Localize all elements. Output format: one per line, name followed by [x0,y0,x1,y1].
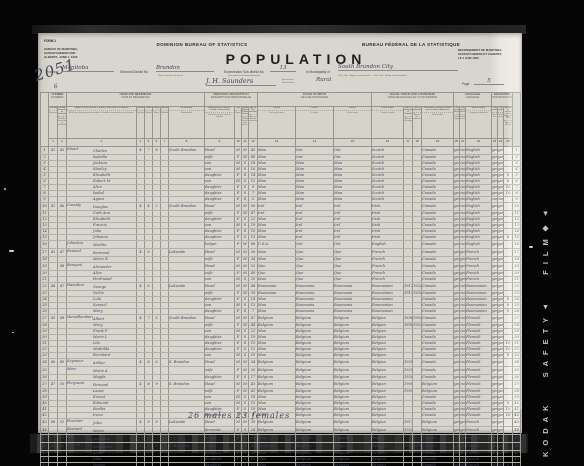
table-cell: no [460,353,466,359]
table-cell [161,419,169,427]
table-cell [413,367,422,375]
row-number-header [513,93,521,147]
table-cell [413,435,422,443]
table-cell [49,463,58,466]
table-cell: Man [258,435,296,443]
table-cell [49,241,58,249]
table-cell [413,241,422,249]
table-cell: FournierJules [67,419,137,427]
table-cell: 1920 [404,367,413,375]
table-cell [504,367,513,375]
table-cell: Belgian [372,381,404,389]
table-cell: yes [492,223,498,229]
table-cell: 45 [58,147,67,155]
table-cell: yes [454,257,460,263]
table-cell [58,367,67,375]
table-cell: 68 [249,241,258,249]
table-row: 16JohnstonMarthalodgerFW68U.S.A.OntOntEn… [41,241,521,249]
table-cell: yes [492,257,498,263]
table-cell: Canada [422,283,454,291]
table-cell [413,147,422,155]
table-cell: yes [454,167,460,173]
table-cell: 1921 [413,283,422,291]
table-cell: M [235,381,242,389]
table-cell: 46 [58,203,67,211]
film-scratch [9,250,14,252]
table-cell: 4 [137,203,145,211]
table-cell [153,263,161,271]
table-cell: Canada [422,435,454,443]
table-cell: 35 [513,367,521,375]
column-number: 19 [422,139,454,147]
census-document-page: FORM 1 CENSUS OF MANITOBA, SASKATCHEWAN … [38,33,522,433]
table-cell: yes [454,229,460,235]
table-cell: Canada [422,241,454,249]
table-cell: yes [498,167,504,173]
table-cell: Belgian [372,359,404,367]
table-cell: 48 [49,419,58,427]
table-cell: S. Brandon [169,359,205,367]
table-cell: Belgian [372,315,404,323]
column-number: 14 [296,139,334,147]
table-cell: yes [498,173,504,179]
table-cell: yes [492,235,498,241]
table-cell: 47 [58,249,67,257]
table-row: 35MarrMarie AwifeFM50BelgiumBelgiumBelgi… [41,367,521,375]
table-cell: yes [454,407,460,413]
table-cell: yes [460,271,466,277]
table-cell: Roumania [334,283,372,291]
table-cell: Jeanne [67,463,137,466]
table-cell: Belgium [296,443,334,451]
table-cell: S. Brandon [169,381,205,389]
table-cell: Head [205,147,235,155]
table-cell: M [242,359,249,367]
table-cell: BarnardMarie [67,427,137,435]
table-cell: yes [498,161,504,167]
column-number: 18 [413,139,422,147]
table-cell [161,283,169,291]
table-cell: yes [498,277,504,283]
table-cell: 1898 [404,315,413,323]
table-cell: Belgium [422,419,454,427]
table-row: 464953ChenetAntoinette478S. BrandonHeadF… [41,443,521,451]
table-cell [169,427,205,435]
table-cell: Head [205,283,235,291]
column-number: 22 [466,139,492,147]
table-cell: 1913 [404,419,413,427]
table-cell: French [466,463,492,466]
table-cell: Roumanian [372,283,404,291]
table-cell: no [460,235,466,241]
table-cell [145,263,153,271]
table-cell: no [460,223,466,229]
film-scratch [12,332,14,333]
table-cell: 50 [249,367,258,375]
table-cell: 1921 [413,291,422,297]
table-cell [161,435,169,443]
table-cell [137,427,145,435]
table-cell [413,463,422,466]
column-number: 25 [504,139,513,147]
column-header: DwellingDemeure [49,107,58,139]
table-cell: 8 [145,359,153,367]
table-cell: wife [205,367,235,375]
table-cell: yes [492,277,498,283]
table-cell: English [466,435,492,443]
column-header: PersonDe la personne [258,107,296,139]
table-cell: Belgium [334,367,372,375]
table-cell: 45 [513,435,521,443]
table-cell: 45 [49,315,58,323]
table-cell: Belgium [296,359,334,367]
table-cell: FergusonFernand [67,381,137,389]
table-cell: Lakeside [169,283,205,291]
table-cell: French [466,249,492,257]
table-cell: 4 [137,147,145,155]
table-cell: South Brandon [169,315,205,323]
table-cell: Irel [334,203,372,211]
table-cell: M [242,367,249,375]
table-cell: yes [454,375,460,381]
table-cell: Que [296,263,334,271]
table-cell: W [242,241,249,249]
table-cell: yes [492,309,498,315]
table-cell: Flemish [466,359,492,367]
province-label: Province [46,70,58,74]
table-cell: Man [258,147,296,155]
table-cell [161,359,169,367]
table-cell: M [242,381,249,389]
column-group-header: LANGUAGELANGAGE [454,93,492,107]
table-cell: yes [498,395,504,401]
table-cell [161,249,169,257]
table-cell: CassidyDouglas [67,203,137,211]
table-cell: 17 [513,249,521,257]
table-cell: VanvalkenburgAlbert [67,315,137,323]
table-cell: 52 [249,263,258,271]
table-cell: 1903 [413,323,422,329]
table-cell: yes [460,451,466,457]
table-cell: Belgium [258,381,296,389]
table-cell: yes [454,291,460,297]
table-cell [169,435,205,443]
table-cell: French [372,263,404,271]
table-cell: yes [498,235,504,241]
table-cell: yes [454,185,460,191]
table-cell: 49 [49,443,58,451]
column-number: 16 [372,139,404,147]
table-cell: yes [498,401,504,407]
table-cell: Belgium [296,463,334,466]
table-cell: yes [492,155,498,161]
table-cell: yes [498,407,504,413]
table-cell: yes [454,223,460,229]
page-label: Page [462,82,469,86]
table-cell: 45 [249,147,258,155]
table-cell: yes [492,191,498,197]
table-row: 374750FergusonFernand489S. BrandonHeadMM… [41,381,521,389]
table-cell: yes [454,155,460,161]
municipality-sublabel: (Cité, ville, village ou municipalité — … [338,75,468,77]
table-cell: Canada [422,443,454,451]
table-cell: 49 [41,463,49,466]
table-cell: yes [454,335,460,341]
table-cell: 5 [153,315,161,323]
table-cell: 8 [153,443,161,451]
table-cell: 7 [145,443,153,451]
table-cell: no [460,291,466,297]
table-cell: no [460,191,466,197]
subdistrict-label: Enumeration Sub-district No. [224,70,265,74]
table-row: 49JeannedaughterFS13ManBelgiumBelgiumBel… [41,463,521,466]
column-number: 6 [153,139,161,147]
table-cell: yes [460,457,466,463]
table-cell: yes [498,375,504,381]
column-header: RangeRang [153,107,161,139]
district-value: Brandon [156,65,214,72]
table-cell: M [235,203,242,211]
table-cell: 44 [513,427,521,435]
table-cell: Belgium [258,443,296,451]
table-cell: Roumanian [466,283,492,291]
table-cell: French [466,263,492,271]
column-number: 3 [67,139,137,147]
table-cell: no [460,389,466,395]
table-cell: yes [454,297,460,303]
table-cell: Belgium [296,367,334,375]
table-cell: S. Brandon [169,443,205,451]
column-header: Racial originOrigine raciale [372,107,404,139]
table-cell: yes [498,191,504,197]
table-cell: lodger [205,435,235,443]
table-cell: 54 [249,359,258,367]
table-cell: yes [492,185,498,191]
table-row: 174347RenaudBertrand46LakesideHeadMM36Ma… [41,249,521,257]
table-cell [161,443,169,451]
table-cell: Belgium [334,315,372,323]
table-cell: Belgium [334,463,372,466]
table-cell: 9 [504,463,513,466]
table-cell: English [466,147,492,155]
table-cell: yes [454,191,460,197]
table-cell: Irish [372,203,404,211]
table-cell [169,263,205,271]
table-cell: MarrMarie A [67,367,137,375]
table-cell: 22 [513,283,521,291]
form-number: FORM 1 [44,39,56,43]
table-cell: Canada [422,315,454,323]
table-cell: HillJeannette [67,435,137,443]
table-cell: F [235,443,242,451]
table-cell: yes [454,235,460,241]
table-cell: 51 [58,419,67,427]
table-cell: 19 [513,263,521,271]
table-cell: no [460,309,466,315]
table-row: 104246CassidyDouglas442South BrandonHead… [41,203,521,211]
table-cell: StuartCharles [67,147,137,155]
table-cell: no [460,155,466,161]
table-cell: no [460,229,466,235]
table-cell: 1 [513,147,521,155]
table-cell [153,435,161,443]
table-cell [161,203,169,211]
enumerator-note: Rural [316,77,331,83]
table-cell: yes [454,179,460,185]
column-header: Year of naturalizationAnnée de naturalis… [413,107,422,139]
table-cell: 24 [249,427,258,435]
enumerator-signature: J. H. Saunders [206,77,276,86]
table-cell: Roumania [296,283,334,291]
table-cell: 43 [249,381,258,389]
table-cell [153,463,161,466]
table-cell: 16 [513,241,521,249]
table-cell: BeaupréAlexander [67,263,137,271]
table-cell: yes [492,303,498,309]
table-cell: Canada [422,249,454,257]
table-cell: Belgian [372,367,404,375]
table-cell [413,381,422,389]
table-cell: 34 [41,359,49,367]
column-group-header: NAME AND RESIDENCENOM ET RÉSIDENCE [67,93,205,107]
table-cell: no [460,329,466,335]
table-cell [413,419,422,427]
table-cell [413,359,422,367]
table-cell: yes [498,389,504,395]
enumerator-label-fr: Énumérateur [282,82,295,84]
table-cell: Man [258,249,296,257]
table-cell: yes [492,167,498,173]
table-cell: yes [492,297,498,303]
table-cell: 43 [49,249,58,257]
table-cell [161,427,169,435]
table-cell: Que [334,249,372,257]
bureau-title-fr: BUREAU FÉDÉRAL DE LA STATISTIQUE [356,42,466,47]
table-cell: no [460,303,466,309]
table-cell: yes [454,347,460,353]
table-cell: 8 [145,381,153,389]
table-cell: 41 [49,147,58,155]
table-cell: S [242,463,249,466]
table-cell: 1921 [404,427,413,435]
table-cell: Irel [296,203,334,211]
table-cell: M [242,203,249,211]
table-cell: yes [454,271,460,277]
table-cell: 4 [137,443,145,451]
table-cell: English [466,241,492,249]
table-cell: M [235,315,242,323]
table-cell: English [372,435,404,443]
table-cell: F [235,367,242,375]
table-cell: Canada [422,367,454,375]
table-cell: yes [492,375,498,381]
column-number: 17 [404,139,413,147]
table-cell: yes [492,401,498,407]
table-cell: Head [205,443,235,451]
table-cell: Belgian [372,427,404,435]
table-cell: yes [498,353,504,359]
table-cell: Flemish [466,381,492,389]
table-cell: Belgium [258,359,296,367]
table-cell [404,203,413,211]
table-cell: 34 [513,359,521,367]
table-cell: Irel [258,203,296,211]
table-cell: 7 [145,315,153,323]
table-cell: Belgium [334,359,372,367]
table-cell: 1905 [404,389,413,395]
table-cell: 10 [513,203,521,211]
table-cell: no [460,335,466,341]
table-cell: Head [205,249,235,257]
column-header: SexSexe [235,107,242,139]
table-cell [49,367,58,375]
table-cell: yes [492,323,498,329]
table-cell: 1907 [404,443,413,451]
table-cell: Belgium [296,381,334,389]
table-cell [145,463,153,466]
table-cell: no [460,185,466,191]
table-cell: no [460,197,466,203]
table-cell: SeymourArthur [67,359,137,367]
table-cell [504,443,513,451]
table-cell: no [460,375,466,381]
table-cell: 6 [145,249,153,257]
table-cell [504,147,513,155]
table-cell: yes [492,329,498,335]
column-group-header: NUMBERNUMÉRO [49,93,67,107]
table-cell: Belgium [334,443,372,451]
table-cell: no [498,197,504,203]
table-cell [145,367,153,375]
table-cell: 2 [153,203,161,211]
table-cell [504,241,513,249]
table-cell: M [235,249,242,257]
table-cell [137,435,145,443]
table-cell [413,203,422,211]
table-cell [404,249,413,257]
table-cell: no [460,297,466,303]
column-group-header: PLACE OF BIRTHLIEU DE NAISSANCE [258,93,372,107]
column-header: Months at school since Sept. 1, 1925Mois… [504,107,513,139]
table-cell: 43 [513,419,521,427]
table-cell: 4 [137,359,145,367]
table-cell: F [235,435,242,443]
table-cell [404,147,413,155]
table-cell: Belgium [258,315,296,323]
table-cell: England [334,435,372,443]
table-cell: yes [454,413,460,419]
table-cell: 1909 [404,381,413,389]
table-cell: yes [454,329,460,335]
table-cell: Belgium [334,381,372,389]
table-cell: yes [492,395,498,401]
table-cell: Ont [334,147,372,155]
table-cell [413,249,422,257]
line-number-header [41,93,49,147]
table-cell: no [460,179,466,185]
column-header: Relationship to Head of Family or househ… [205,107,235,139]
table-cell: no [460,211,466,217]
column-number: 7 [161,139,169,147]
table-cell: Belgium [334,419,372,427]
table-cell: 1913 [404,291,413,297]
table-cell: F [235,427,242,435]
table-cell: no [460,401,466,407]
table-cell [504,381,513,389]
table-cell: yes [498,185,504,191]
table-cell: Canada [422,203,454,211]
table-cell: yes [492,347,498,353]
